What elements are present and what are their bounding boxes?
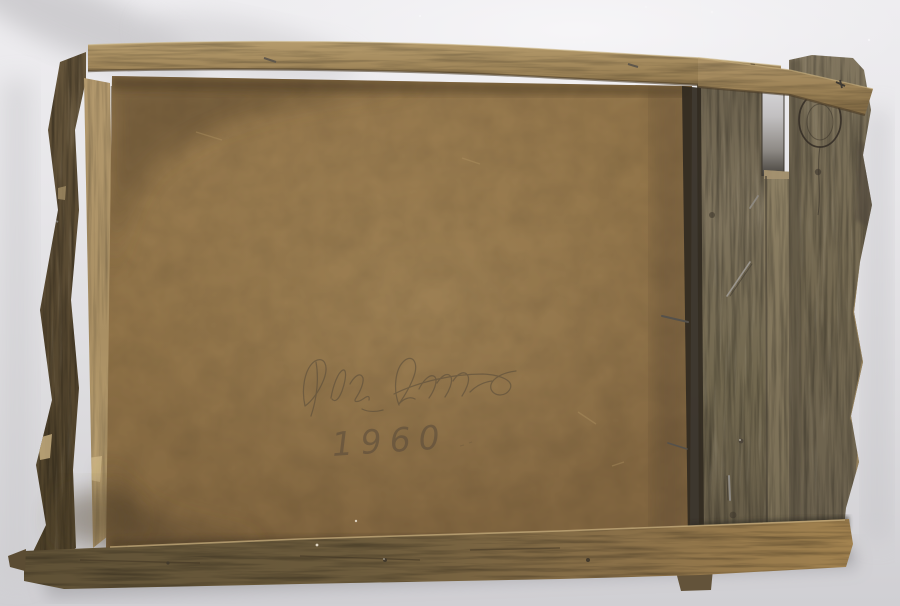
- date-inscription: 1960: [330, 417, 448, 464]
- plank-outer-left-shade: [789, 60, 801, 548]
- backing-panel: [100, 70, 760, 552]
- photo-scene: 1960: [0, 0, 900, 606]
- photo-back-of-painting: Photograph of the weathered wooden back …: [0, 0, 900, 606]
- left-rail-chip-small: [58, 186, 66, 200]
- panel-right-shade: [652, 86, 688, 546]
- plank-gap: [762, 84, 784, 176]
- panel-mottle: [104, 74, 696, 552]
- backdrop-shadow-left: [2, 80, 32, 580]
- plank-inner-wear: [695, 76, 771, 550]
